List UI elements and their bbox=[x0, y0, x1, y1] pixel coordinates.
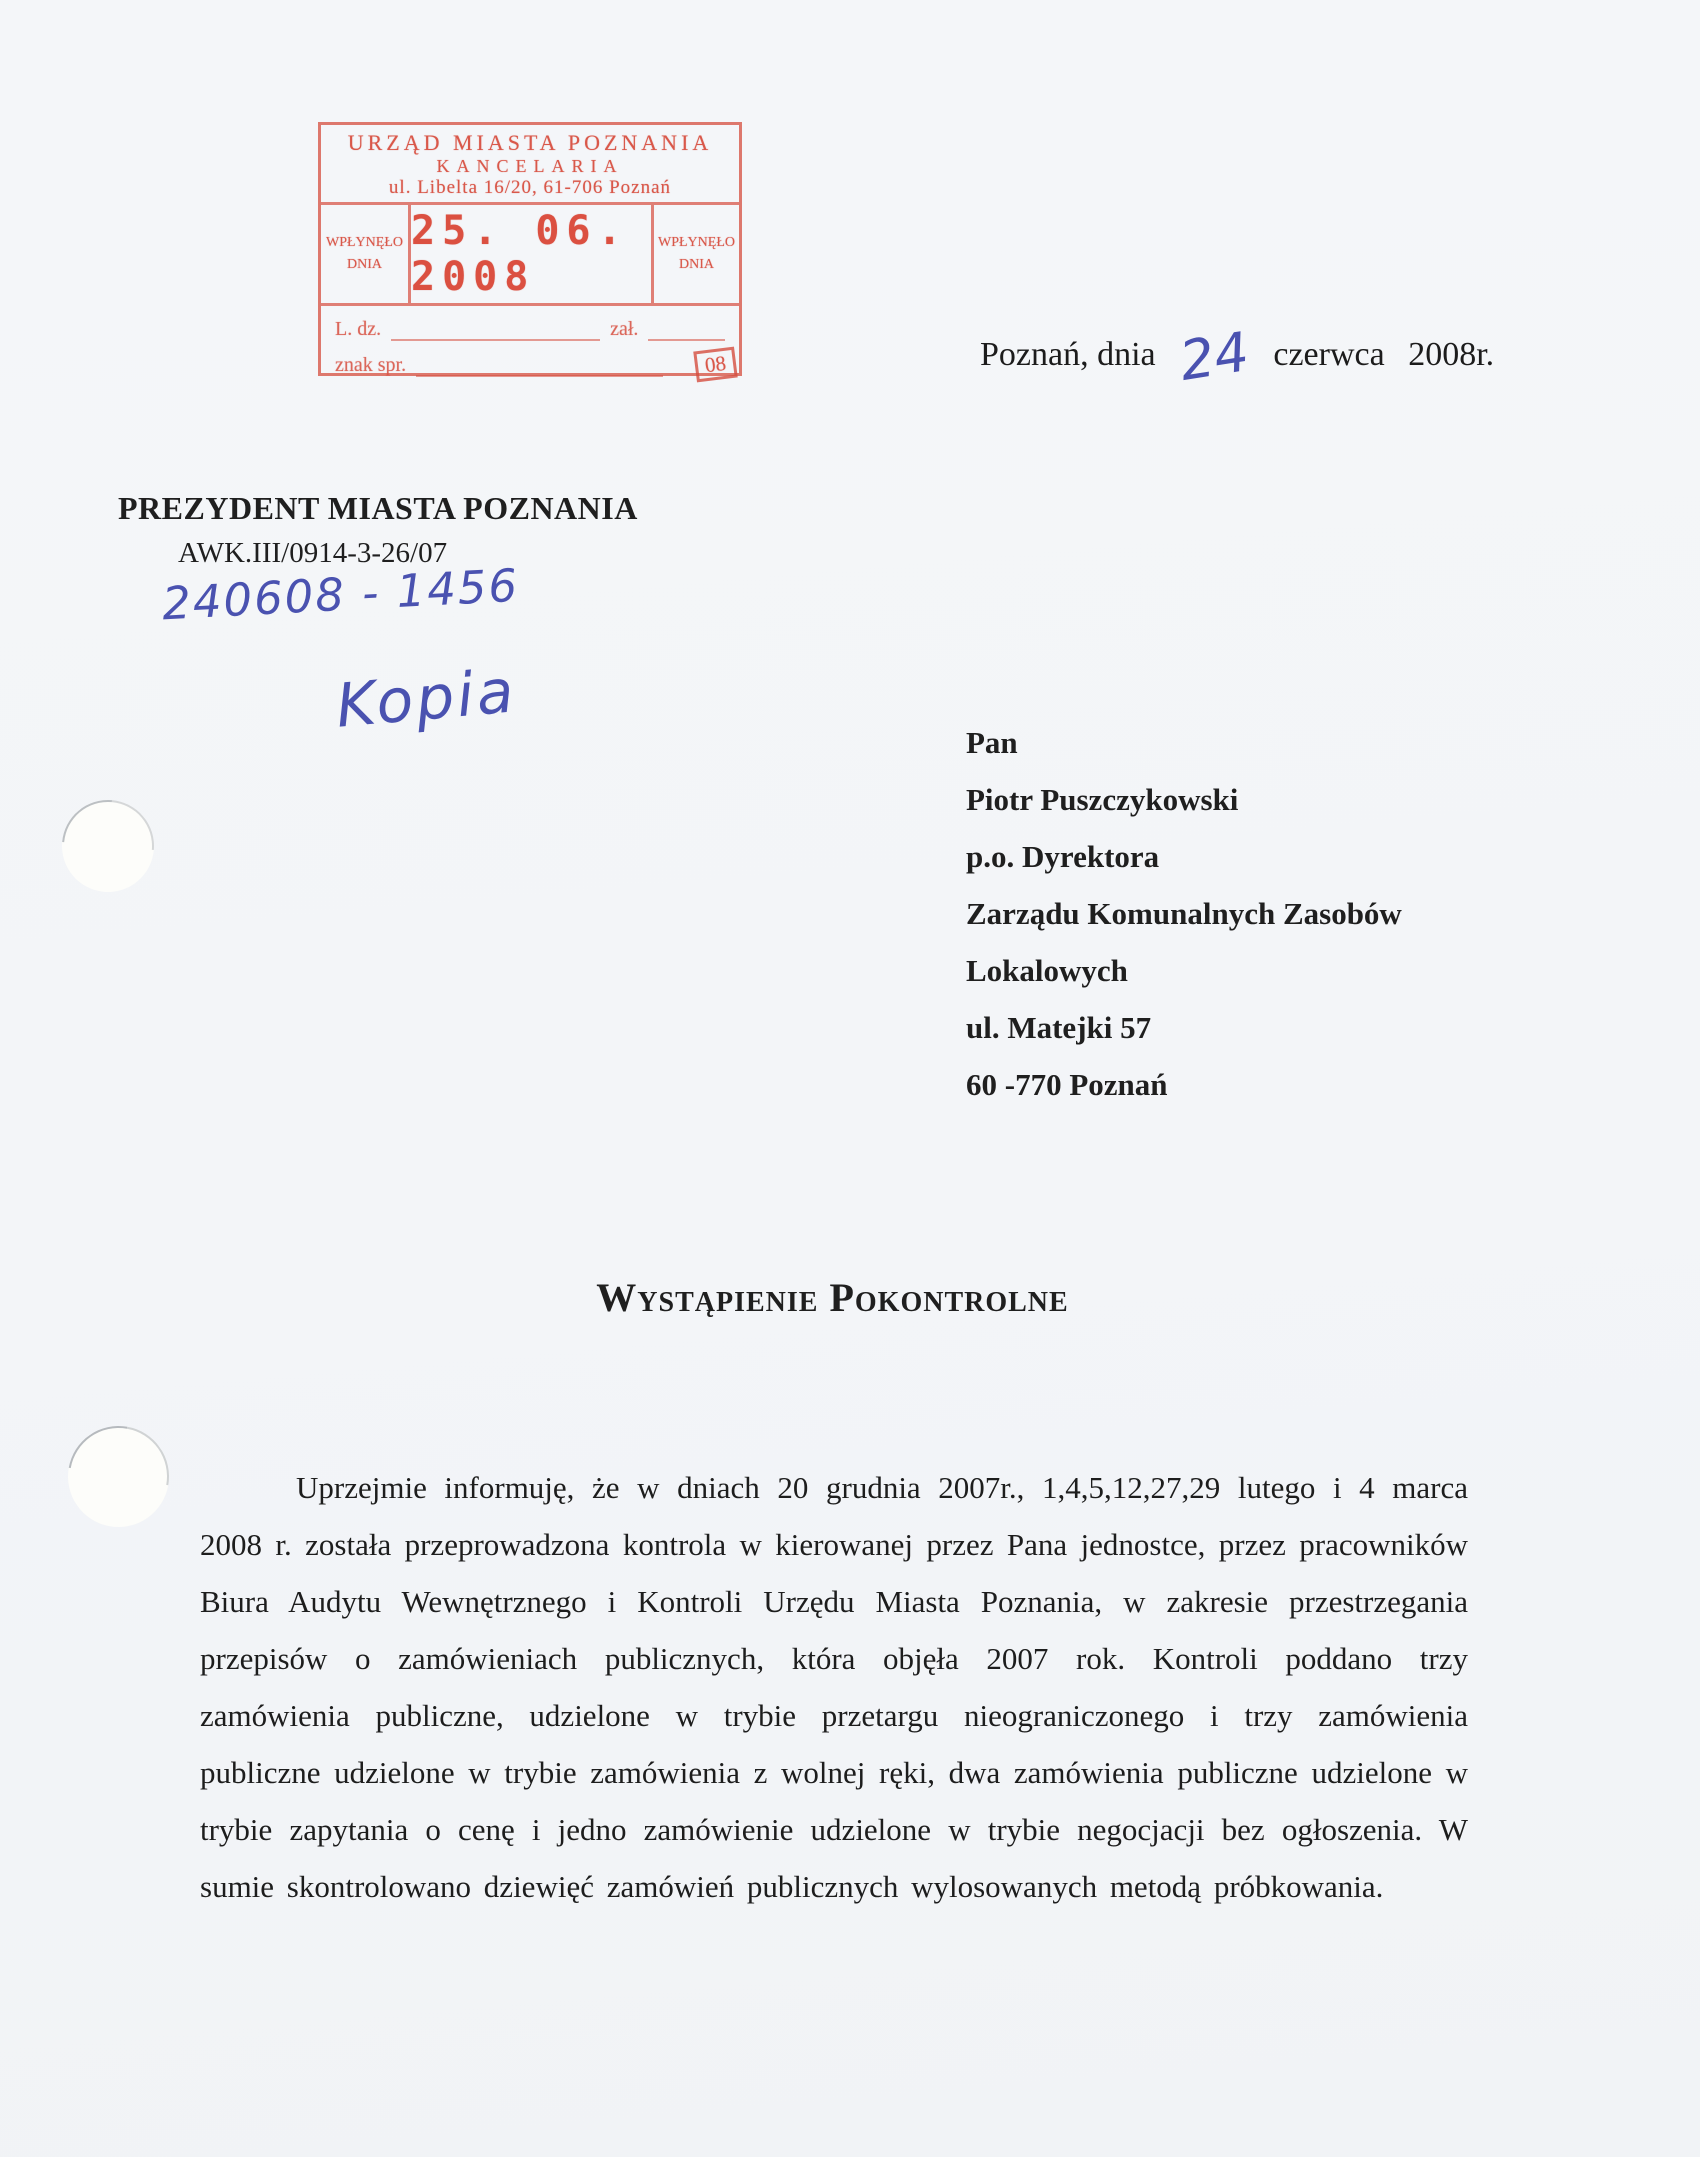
stamp-znak-row: znak spr. bbox=[335, 354, 727, 377]
sender-title: PREZYDENT MIASTA POZNANIA bbox=[118, 490, 638, 527]
recipient-city: 60 -770 Poznań bbox=[966, 1056, 1402, 1113]
stamp-znak-label: znak spr. bbox=[335, 354, 406, 377]
stamp-year-box: 08 bbox=[693, 347, 737, 383]
hole-punch-mark bbox=[43, 781, 173, 911]
recipient-position: p.o. Dyrektora bbox=[966, 828, 1402, 885]
recipient-name: Piotr Puszczykowski bbox=[966, 771, 1402, 828]
handwritten-day: 24 bbox=[1176, 325, 1252, 389]
stamp-office-name: URZĄD MIASTA POZNANIA bbox=[325, 130, 735, 156]
stamp-blank-line bbox=[648, 323, 725, 341]
stamp-header: URZĄD MIASTA POZNANIA KANCELARIA ul. Lib… bbox=[321, 125, 739, 205]
handwritten-copy-note: Kopia bbox=[333, 656, 519, 741]
stamp-received-label-left: WPŁYNĘŁO DNIA bbox=[321, 205, 411, 303]
recipient-block: Pan Piotr Puszczykowski p.o. Dyrektora Z… bbox=[966, 714, 1402, 1113]
stamp-blank-line bbox=[416, 359, 663, 377]
recipient-organization-line2: Lokalowych bbox=[966, 942, 1402, 999]
stamp-office-dept: KANCELARIA bbox=[325, 156, 735, 177]
stamp-ldz-label: L. dz. bbox=[335, 318, 381, 341]
recipient-organization-line1: Zarządu Komunalnych Zasobów bbox=[966, 885, 1402, 942]
stamp-ldz-row: L. dz. zał. bbox=[335, 318, 727, 341]
dateline: Poznań, dnia 24 czerwca 2008r. bbox=[980, 330, 1494, 384]
document-title: Wystąpienie Pokontrolne bbox=[200, 1274, 1465, 1321]
hole-punch-mark bbox=[48, 1406, 189, 1547]
stamp-date-row: WPŁYNĘŁO DNIA 25. 06. 2008 WPŁYNĘŁO DNIA bbox=[321, 205, 739, 306]
dateline-prefix: Poznań, dnia bbox=[980, 336, 1156, 373]
stamp-office-address: ul. Libelta 16/20, 61-706 Poznań bbox=[325, 177, 735, 199]
recipient-salutation: Pan bbox=[966, 714, 1402, 771]
body-paragraph: Uprzejmie informuję, że w dniach 20 grud… bbox=[200, 1459, 1468, 1915]
stamp-zal-label: zał. bbox=[610, 318, 638, 341]
recipient-street: ul. Matejki 57 bbox=[966, 999, 1402, 1056]
stamp-received-label-right: WPŁYNĘŁO DNIA bbox=[651, 205, 739, 303]
stamp-received-date: 25. 06. 2008 bbox=[411, 205, 651, 303]
registry-stamp: URZĄD MIASTA POZNANIA KANCELARIA ul. Lib… bbox=[318, 122, 742, 376]
dateline-suffix: czerwca 2008r. bbox=[1273, 336, 1494, 373]
scanned-letter-page: URZĄD MIASTA POZNANIA KANCELARIA ul. Lib… bbox=[0, 0, 1700, 2157]
stamp-reference-section: L. dz. zał. znak spr. 08 bbox=[321, 306, 739, 388]
stamp-blank-line bbox=[391, 323, 600, 341]
